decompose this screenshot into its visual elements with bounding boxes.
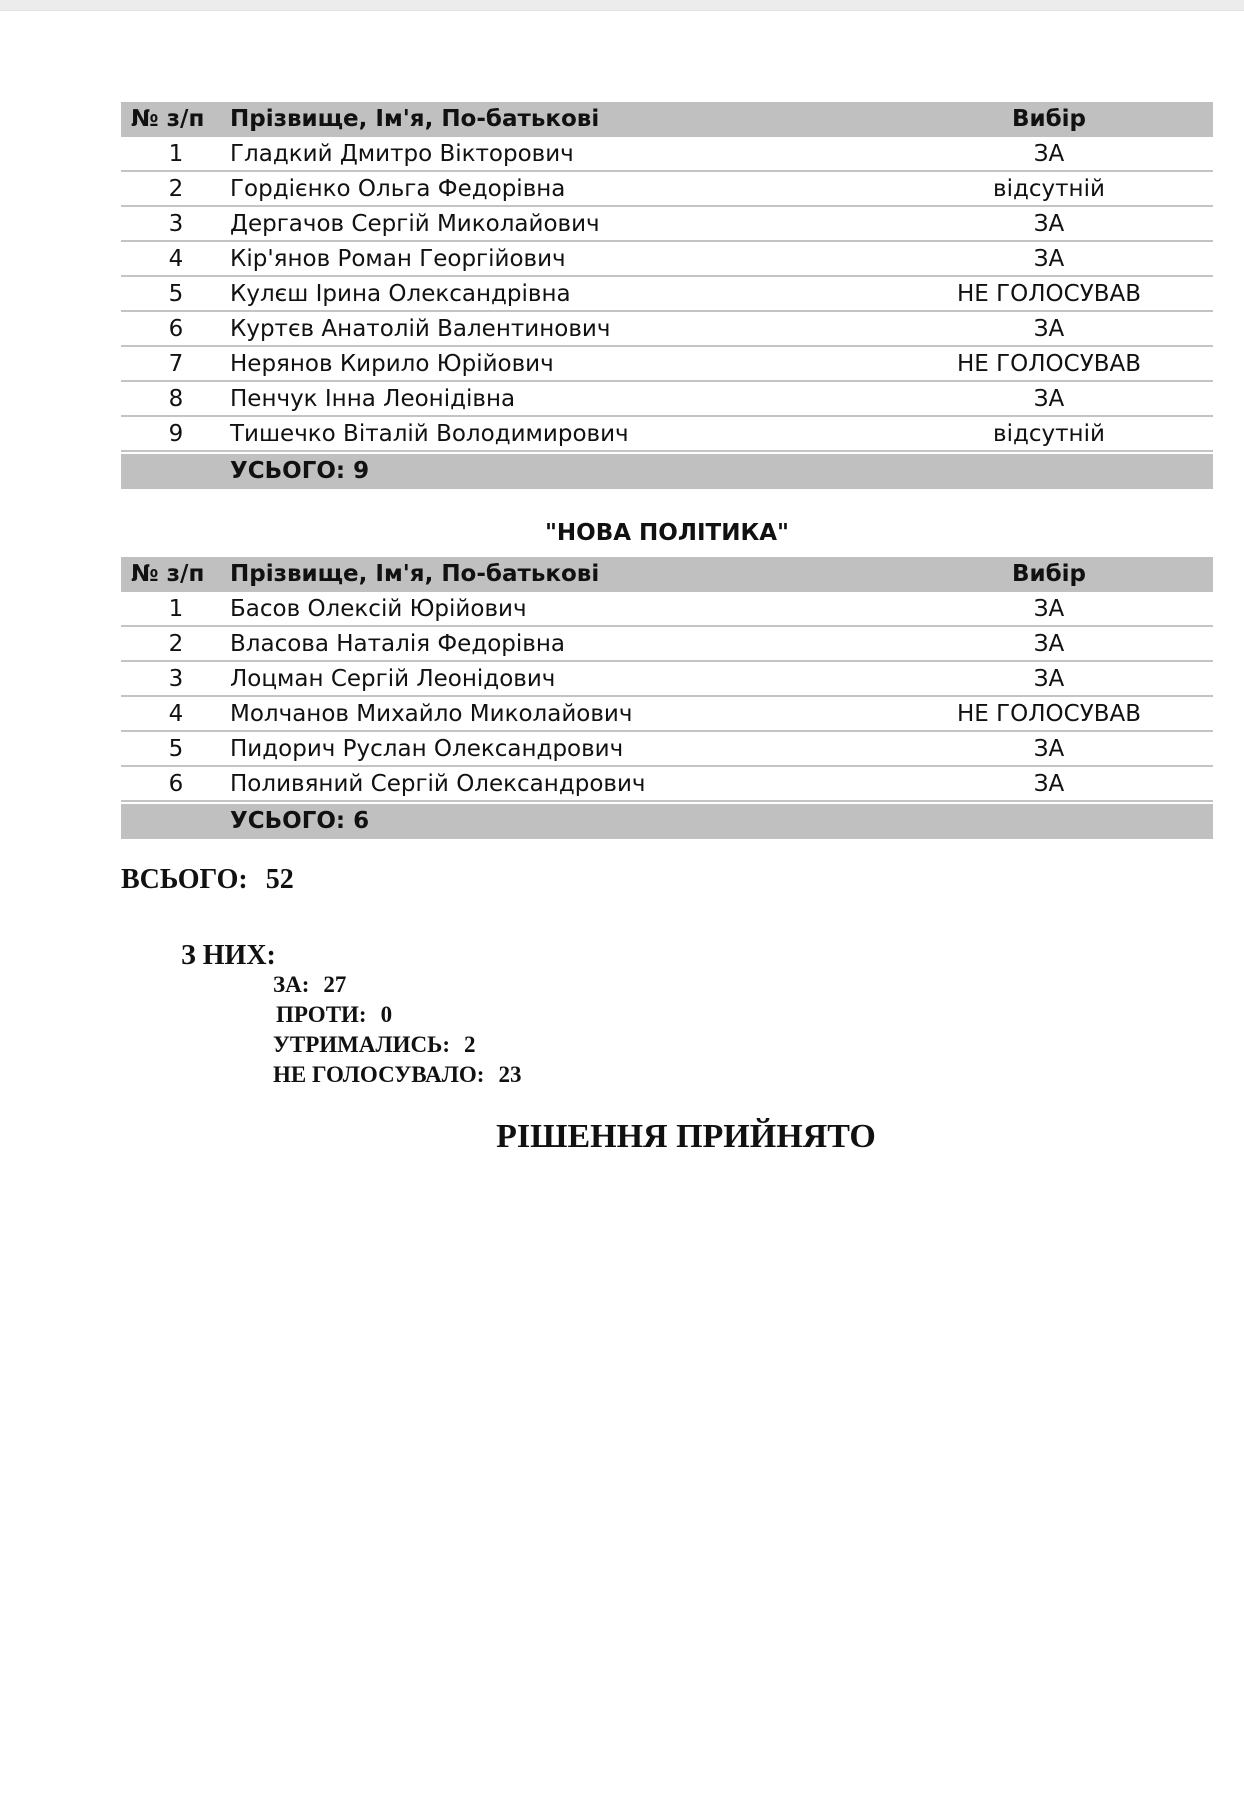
vote-choice: ЗА: [911, 767, 1187, 801]
vote-choice: ЗА: [911, 242, 1187, 276]
row-number: 6: [121, 767, 231, 801]
vote-choice: ЗА: [911, 312, 1187, 346]
grand-total-value: 52: [266, 864, 294, 895]
table-total: УСЬОГО: 6: [230, 804, 369, 838]
header-number: № з/п: [131, 557, 204, 591]
member-name: Молчанов Михайло Миколайович: [230, 697, 632, 731]
vote-choice: НЕ ГОЛОСУВАВ: [911, 697, 1187, 731]
table-row: 3Дергачов Сергій МиколайовичЗА: [121, 207, 1213, 242]
member-name: Пенчук Інна Леонідівна: [230, 382, 515, 416]
row-number: 3: [121, 207, 231, 241]
header-choice: Вибір: [911, 557, 1187, 591]
member-name: Дергачов Сергій Миколайович: [230, 207, 600, 241]
row-number: 3: [121, 662, 231, 696]
table-total: УСЬОГО: 9: [230, 454, 369, 488]
vote-choice: ЗА: [911, 137, 1187, 171]
header-name: Прізвище, Ім'я, По-батькові: [230, 102, 599, 136]
stat-not-voted: НЕ ГОЛОСУВАЛО:23: [273, 1062, 521, 1088]
member-name: Кір'янов Роман Георгійович: [230, 242, 566, 276]
member-name: Куртєв Анатолій Валентинович: [230, 312, 610, 346]
table-row: 6Куртєв Анатолій ВалентиновичЗА: [121, 312, 1213, 347]
member-name: Поливяний Сергій Олександрович: [230, 767, 645, 801]
vote-choice: відсутній: [911, 172, 1187, 206]
row-number: 2: [121, 627, 231, 661]
stat-value: 27: [323, 972, 346, 997]
member-name: Гордієнко Ольга Федорівна: [230, 172, 565, 206]
member-name: Гладкий Дмитро Вікторович: [230, 137, 574, 171]
grand-total-label: ВСЬОГО:: [121, 864, 248, 895]
table-header: № з/п Прізвище, Ім'я, По-батькові Вибір: [121, 557, 1213, 592]
row-number: 1: [121, 137, 231, 171]
table-row: 1Гладкий Дмитро ВікторовичЗА: [121, 137, 1213, 172]
table-row: 2Гордієнко Ольга Федорівнавідсутній: [121, 172, 1213, 207]
table-row: 9Тишечко Віталій Володимировичвідсутній: [121, 417, 1213, 452]
member-name: Пидорич Руслан Олександрович: [230, 732, 623, 766]
row-number: 5: [121, 732, 231, 766]
faction-title: "НОВА ПОЛІТИКА": [121, 520, 1213, 546]
vote-choice: ЗА: [911, 592, 1187, 626]
vote-choice: НЕ ГОЛОСУВАВ: [911, 277, 1187, 311]
member-name: Тишечко Віталій Володимирович: [230, 417, 629, 451]
table-row: 4Кір'янов Роман ГеоргійовичЗА: [121, 242, 1213, 277]
stat-label: ЗА:: [273, 972, 309, 997]
stat-label: НЕ ГОЛОСУВАЛО:: [273, 1062, 484, 1087]
member-name: Басов Олексій Юрійович: [230, 592, 527, 626]
stat-value: 2: [464, 1032, 476, 1057]
vote-table-faction-1: № з/п Прізвище, Ім'я, По-батькові Вибір …: [121, 102, 1213, 489]
row-number: 2: [121, 172, 231, 206]
stat-label: УТРИМАЛИСЬ:: [273, 1032, 450, 1057]
table-row: 4Молчанов Михайло МиколайовичНЕ ГОЛОСУВА…: [121, 697, 1213, 732]
member-name: Власова Наталія Федорівна: [230, 627, 565, 661]
vote-choice: відсутній: [911, 417, 1187, 451]
stat-value: 0: [381, 1002, 393, 1027]
header-name: Прізвище, Ім'я, По-батькові: [230, 557, 599, 591]
vote-choice: ЗА: [911, 207, 1187, 241]
row-number: 4: [121, 697, 231, 731]
table-row: 3Лоцман Сергій ЛеонідовичЗА: [121, 662, 1213, 697]
table-row: 7Нерянов Кирило ЮрійовичНЕ ГОЛОСУВАВ: [121, 347, 1213, 382]
vote-choice: ЗА: [911, 627, 1187, 661]
row-number: 4: [121, 242, 231, 276]
table-row: 5Пидорич Руслан ОлександровичЗА: [121, 732, 1213, 767]
vote-choice: ЗА: [911, 662, 1187, 696]
vote-table-nova-polityka: № з/п Прізвище, Ім'я, По-батькові Вибір …: [121, 557, 1213, 839]
table-row: 2Власова Наталія ФедорівнаЗА: [121, 627, 1213, 662]
row-number: 9: [121, 417, 231, 451]
row-number: 1: [121, 592, 231, 626]
vote-choice: ЗА: [911, 732, 1187, 766]
table-row: 8Пенчук Інна ЛеонідівнаЗА: [121, 382, 1213, 417]
vote-choice: НЕ ГОЛОСУВАВ: [911, 347, 1187, 381]
row-number: 8: [121, 382, 231, 416]
stat-for: ЗА:27: [273, 972, 346, 998]
table-row: 5Кулєш Ірина ОлександрівнаНЕ ГОЛОСУВАВ: [121, 277, 1213, 312]
table-row: 6Поливяний Сергій ОлександровичЗА: [121, 767, 1213, 802]
stat-against: ПРОТИ:0: [276, 1002, 392, 1028]
viewer-top-bar: [0, 0, 1244, 11]
table-header: № з/п Прізвище, Ім'я, По-батькові Вибір: [121, 102, 1213, 137]
member-name: Нерянов Кирило Юрійович: [230, 347, 554, 381]
row-number: 5: [121, 277, 231, 311]
header-choice: Вибір: [911, 102, 1187, 136]
row-number: 7: [121, 347, 231, 381]
table-row: 1Басов Олексій ЮрійовичЗА: [121, 592, 1213, 627]
row-number: 6: [121, 312, 231, 346]
grand-total: ВСЬОГО:52: [121, 864, 294, 896]
member-name: Кулєш Ірина Олександрівна: [230, 277, 571, 311]
decision-result: РІШЕННЯ ПРИЙНЯТО: [0, 1118, 1244, 1156]
stat-label: ПРОТИ:: [276, 1002, 367, 1027]
table-total-row: УСЬОГО: 6: [121, 804, 1213, 839]
vote-choice: ЗА: [911, 382, 1187, 416]
stat-value: 23: [498, 1062, 521, 1087]
header-number: № з/п: [131, 102, 204, 136]
stat-abstained: УТРИМАЛИСЬ:2: [273, 1032, 475, 1058]
member-name: Лоцман Сергій Леонідович: [230, 662, 555, 696]
of-them-label: З НИХ:: [181, 940, 276, 972]
table-total-row: УСЬОГО: 9: [121, 454, 1213, 489]
